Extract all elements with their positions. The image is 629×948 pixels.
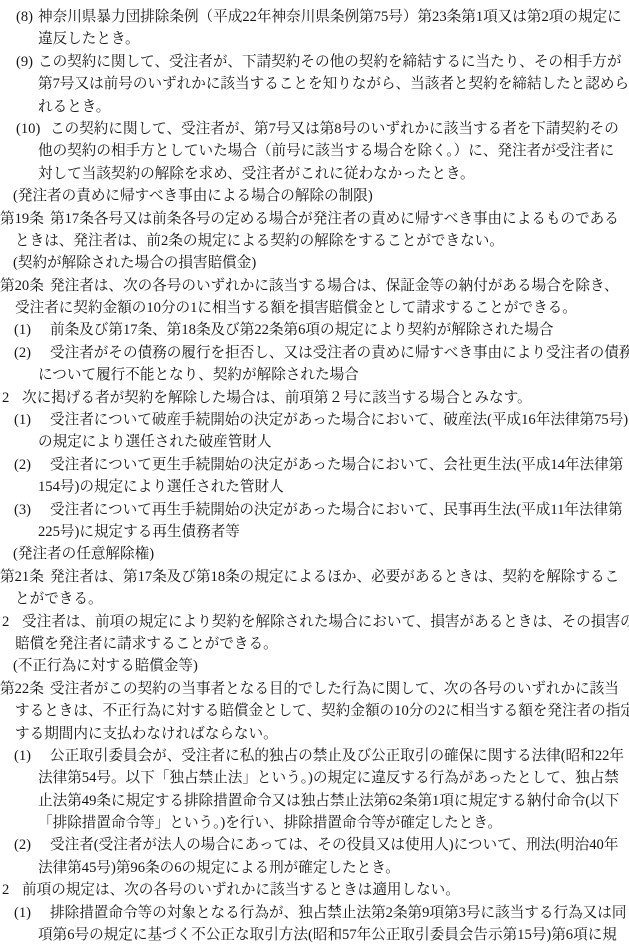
line-text: 他の契約の相手方としていた場合（前号に該当する場合を除く。）に、発注者が受注者に (38, 143, 614, 159)
line-text: 154号)の規定により選任された管財人 (38, 479, 284, 495)
line-text: について履行不能となり、契約が解除された場合 (38, 367, 359, 383)
line-text: 受注者について再生手続開始の決定があった場合において、民事再生法(平成11年法律… (50, 502, 623, 518)
text-line: (10)この契約に関して、受注者が、第7号又は第8号のいずれかに該当する者を下請… (0, 118, 629, 140)
item-marker: (1) (14, 409, 50, 431)
line-text: 受注者がこの契約の当事者となる目的でした行為に関して、次の各号のいずれかに該当 (50, 681, 619, 697)
line-text: 神奈川県暴力団排除条例（平成22年神奈川県条例第75号）第23条第1項又は第2項… (38, 9, 622, 25)
text-line: (2)受注者(受注者が法人の場合にあっては、その役員又は使用人)について、刑法(… (0, 834, 629, 856)
line-text: 225号)に規定する再生債務者等 (38, 524, 240, 540)
item-marker: (3) (14, 499, 50, 521)
text-line: (2)受注者がその債務の履行を拒否し、又は受注者の責めに帰すべき事由により受注者… (0, 342, 629, 364)
line-text: 前項の規定は、次の各号のいずれかに該当するときは適用しない。 (22, 882, 460, 898)
item-marker: 2 (2, 387, 22, 409)
line-text: 違反したとき。 (38, 31, 140, 47)
line-text: (発注者の責めに帰すべき事由による場合の解除の制限) (13, 188, 373, 204)
line-text: 次に掲げる者が契約を解除した場合は、前項第２号に該当する場合とみなす。 (22, 390, 532, 406)
line-text: 受注者に契約金額の10分の1に相当する額を損害賠償金として請求することができる。 (15, 300, 577, 316)
text-line: 対して当該契約の解除を求め、受注者がこれに従わなかったとき。 (0, 163, 629, 185)
item-marker: 第22条 (0, 678, 50, 700)
document-page: (8)神奈川県暴力団排除条例（平成22年神奈川県条例第75号）第23条第1項又は… (0, 0, 629, 948)
text-line: (1)公正取引委員会が、受注者に私的独占の禁止及び公正取引の確保に関する法律(昭… (0, 745, 629, 767)
text-line: 第21条発注者は、第17条及び第18条の規定によるほか、必要があるときは、契約を… (0, 566, 629, 588)
line-text: するときは、不正行為に対する賠償金として、契約金額の10分の2に相当する額を発注… (15, 703, 629, 719)
line-text: (不正行為に対する賠償金等) (13, 658, 198, 674)
text-line: 項第6号の規定に基づく不公正な取引方法(昭和57年公正取引委員会告示第15号)第… (0, 924, 629, 946)
item-marker: 2 (2, 879, 22, 901)
text-line: (8)神奈川県暴力団排除条例（平成22年神奈川県条例第75号）第23条第1項又は… (0, 6, 629, 28)
text-line: 2受注者は、前項の規定により契約を解除された場合において、損害があるときは、その… (0, 611, 629, 633)
line-text: とができる。 (15, 591, 103, 607)
line-text: 受注者がその債務の履行を拒否し、又は受注者の責めに帰すべき事由により受注者の債務 (50, 345, 629, 361)
line-text: する期間内に支払わなければならない。 (15, 726, 278, 742)
text-line: 154号)の規定により選任された管財人 (0, 476, 629, 498)
item-marker: (2) (14, 834, 50, 856)
text-line: 第7号又は前号のいずれかに該当することを知りながら、当該者と契約を締結したと認め… (0, 73, 629, 95)
line-text: この契約に関して、受注者が、下請契約その他の契約を締結するに当たり、その相手方が (38, 54, 621, 70)
line-text: 法律第45号)第96条の6の規定による刑が確定したとき。 (38, 860, 400, 876)
line-text: 受注者(受注者が法人の場合にあっては、その役員又は使用人)について、刑法(明治4… (50, 837, 618, 853)
text-line: 第19条第17条各号又は前条各号の定める場合が発注者の責めに帰すべき事由によるも… (0, 208, 629, 230)
item-marker: 第21条 (0, 566, 50, 588)
text-line: (1)受注者について破産手続開始の決定があった場合において、破産法(平成16年法… (0, 409, 629, 431)
text-line: 止法第49条に規定する排除措置命令又は独占禁止法第62条第1項に規定する納付命令… (0, 790, 629, 812)
item-marker: (9) (16, 51, 38, 73)
document-text-block: (8)神奈川県暴力団排除条例（平成22年神奈川県条例第75号）第23条第1項又は… (0, 6, 629, 946)
line-text: 第7号又は前号のいずれかに該当することを知りながら、当該者と契約を締結したと認め… (38, 76, 629, 92)
line-text: 「排除措置命令等」という。)を行い、排除措置命令等が確定したとき。 (38, 815, 502, 831)
line-text: 第17条各号又は前条各号の定める場合が発注者の責めに帰すべき事由によるものである (50, 211, 619, 227)
line-text: (発注者の任意解除権) (13, 546, 154, 562)
item-marker: (10) (16, 118, 50, 140)
line-text: 受注者について更生手続開始の決定があった場合において、会社更生法(平成14年法律… (50, 457, 623, 473)
text-line: (3)受注者について再生手続開始の決定があった場合において、民事再生法(平成11… (0, 499, 629, 521)
text-line: とができる。 (0, 588, 629, 610)
line-text: 前条及び第17条、第18条及び第22条第6項の規定により契約が解除された場合 (50, 322, 554, 338)
line-text: 発注者は、次の各号のいずれかに該当する場合は、保証金等の納付がある場合を除き、 (50, 278, 619, 294)
text-line: 第20条発注者は、次の各号のいずれかに該当する場合は、保証金等の納付がある場合を… (0, 275, 629, 297)
text-line: 賠償を発注者に請求することができる。 (0, 633, 629, 655)
item-marker: 第19条 (0, 208, 50, 230)
text-line: する期間内に支払わなければならない。 (0, 723, 629, 745)
text-line: 他の契約の相手方としていた場合（前号に該当する場合を除く。）に、発注者が受注者に (0, 140, 629, 162)
text-line: 違反したとき。 (0, 28, 629, 50)
line-text: 法律第54号。以下「独占禁止法」という。)の規定に違反する行為があったとして、独… (38, 770, 619, 786)
item-marker: 2 (2, 611, 22, 633)
line-text: 賠償を発注者に請求することができる。 (15, 636, 278, 652)
item-marker: (8) (16, 6, 38, 28)
item-marker: (1) (14, 902, 50, 924)
text-line: (発注者の責めに帰すべき事由による場合の解除の制限) (0, 185, 629, 207)
text-line: れるとき。 (0, 96, 629, 118)
text-line: 受注者に契約金額の10分の1に相当する額を損害賠償金として請求することができる。 (0, 297, 629, 319)
line-text: (契約が解除された場合の損害賠償金) (13, 255, 256, 271)
line-text: 発注者は、第17条及び第18条の規定によるほか、必要があるときは、契約を解除する… (50, 569, 619, 585)
text-line: 第22条受注者がこの契約の当事者となる目的でした行為に関して、次の各号のいずれか… (0, 678, 629, 700)
text-line: (1)排除措置命令等の対象となる行為が、独占禁止法第2条第9項第3号に該当する行… (0, 902, 629, 924)
line-text: れるとき。 (38, 99, 110, 115)
text-line: 法律第45号)第96条の6の規定による刑が確定したとき。 (0, 857, 629, 879)
line-text: 項第6号の規定に基づく不公正な取引方法(昭和57年公正取引委員会告示第15号)第… (38, 927, 617, 943)
text-line: するときは、不正行為に対する賠償金として、契約金額の10分の2に相当する額を発注… (0, 700, 629, 722)
line-text: の規定により選任された破産管財人 (38, 434, 272, 450)
text-line: 「排除措置命令等」という。)を行い、排除措置命令等が確定したとき。 (0, 812, 629, 834)
line-text: 排除措置命令等の対象となる行為が、独占禁止法第2条第9項第3号に該当する行為又は… (50, 905, 626, 921)
text-line: ときは、発注者は、前2条の規定による契約の解除をすることができない。 (0, 230, 629, 252)
line-text: 受注者は、前項の規定により契約を解除された場合において、損害があるときは、その損… (22, 614, 629, 630)
text-line: 2次に掲げる者が契約を解除した場合は、前項第２号に該当する場合とみなす。 (0, 387, 629, 409)
text-line: (契約が解除された場合の損害賠償金) (0, 252, 629, 274)
text-line: (不正行為に対する賠償金等) (0, 655, 629, 677)
line-text: 公正取引委員会が、受注者に私的独占の禁止及び公正取引の確保に関する法律(昭和22… (50, 748, 624, 764)
line-text: ときは、発注者は、前2条の規定による契約の解除をすることができない。 (15, 233, 504, 249)
text-line: 法律第54号。以下「独占禁止法」という。)の規定に違反する行為があったとして、独… (0, 767, 629, 789)
line-text: この契約に関して、受注者が、第7号又は第8号のいずれかに該当する者を下請契約その (50, 121, 619, 137)
text-line: 225号)に規定する再生債務者等 (0, 521, 629, 543)
line-text: 止法第49条に規定する排除措置命令又は独占禁止法第62条第1項に規定する納付命令… (38, 793, 619, 809)
text-line: について履行不能となり、契約が解除された場合 (0, 364, 629, 386)
text-line: の規定により選任された破産管財人 (0, 431, 629, 453)
item-marker: (1) (14, 319, 50, 341)
item-marker: 第20条 (0, 275, 50, 297)
item-marker: (1) (14, 745, 50, 767)
text-line: (発注者の任意解除権) (0, 543, 629, 565)
text-line: (1)前条及び第17条、第18条及び第22条第6項の規定により契約が解除された場… (0, 319, 629, 341)
text-line: (2)受注者について更生手続開始の決定があった場合において、会社更生法(平成14… (0, 454, 629, 476)
line-text: 対して当該契約の解除を求め、受注者がこれに従わなかったとき。 (38, 166, 475, 182)
line-text: 受注者について破産手続開始の決定があった場合において、破産法(平成16年法律第7… (50, 412, 628, 428)
text-line: (9)この契約に関して、受注者が、下請契約その他の契約を締結するに当たり、その相… (0, 51, 629, 73)
text-line: 2前項の規定は、次の各号のいずれかに該当するときは適用しない。 (0, 879, 629, 901)
item-marker: (2) (14, 342, 50, 364)
item-marker: (2) (14, 454, 50, 476)
